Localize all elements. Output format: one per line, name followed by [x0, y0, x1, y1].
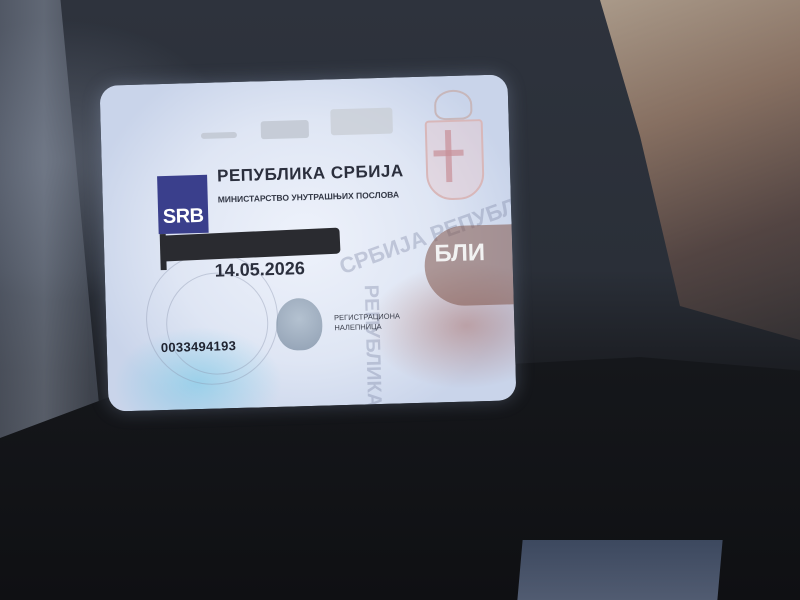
- watermark-text-vertical: РЕПУБЛИКА СРБИЈА: [359, 284, 388, 411]
- expiry-date: 14.05.2026: [214, 258, 305, 282]
- sticker-title: РЕПУБЛИКА СРБИЈА: [217, 161, 404, 186]
- bus-icon: [330, 108, 393, 136]
- cross-horizontal: [433, 150, 463, 157]
- country-code: SRB: [163, 205, 205, 234]
- truck-icon: [261, 120, 309, 139]
- country-badge: SRB: [157, 175, 209, 234]
- hologram-text: БЛИ: [434, 239, 486, 268]
- plate-redaction-mark: [160, 234, 167, 270]
- registration-sticker: СРБИЈА РЕПУБЛИКА РЕПУБЛИКА СРБИЈА SRB РЕ…: [100, 74, 517, 411]
- background-building: [600, 0, 800, 340]
- sticker-label: РЕГИСТРАЦИОНА НАЛЕПНИЦА: [334, 311, 400, 333]
- coat-of-arms-icon: [420, 89, 485, 201]
- windshield-scene: СРБИЈА РЕПУБЛИКА РЕПУБЛИКА СРБИЈА SRB РЕ…: [0, 0, 800, 600]
- ministry-name: МИНИСТАРСТВО УНУТРАШЊИХ ПОСЛОВА: [218, 189, 400, 204]
- hologram-seal: [276, 298, 323, 351]
- crown-icon: [434, 89, 473, 120]
- shield-icon: [425, 119, 485, 201]
- label-line-2: НАЛЕПНИЦА: [334, 321, 400, 333]
- serial-number: 0033494193: [161, 338, 237, 355]
- dashboard-reflection: [517, 540, 722, 600]
- vehicle-icons: [160, 99, 431, 147]
- car-icon: [201, 132, 237, 139]
- hologram: БЛИ: [424, 224, 514, 306]
